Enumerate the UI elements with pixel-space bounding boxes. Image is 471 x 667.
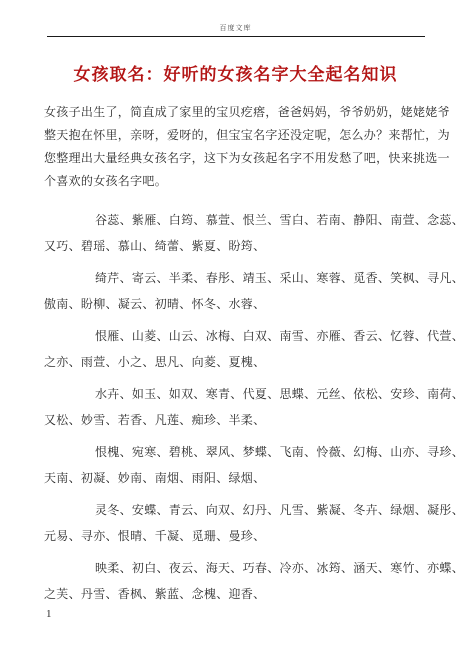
name-line: 之亦、雨萱、小之、思凡、向菱、夏槐、 [44, 349, 433, 375]
intro-paragraph: 女孩子出生了，简直成了家里的宝贝疙瘩，爸爸妈妈，爷爷奶奶，姥姥姥爷整天抱在怀里，… [44, 101, 433, 193]
page-header: 百度文库 [0, 0, 471, 37]
intro-line: 整天抱在怀里，亲呀，爱呀的，但宝宝名字还没定呢，怎么办？来帮忙，为 [44, 124, 433, 147]
name-group: 映柔、初白、夜云、海天、巧春、冷亦、冰筠、涵天、寒竹、亦蝶、之芙、丹雪、香枫、紫… [44, 555, 433, 607]
name-groups: 谷蕊、紫雁、白筠、慕萱、恨兰、雪白、若南、静阳、南萱、念蕊、又巧、碧瑶、慕山、绮… [44, 207, 433, 607]
name-group: 谷蕊、紫雁、白筠、慕萱、恨兰、雪白、若南、静阳、南萱、念蕊、又巧、碧瑶、慕山、绮… [44, 207, 433, 259]
name-line: 元易、寻亦、恨晴、千凝、觅珊、曼珍、 [44, 523, 433, 549]
intro-line: 女孩子出生了，简直成了家里的宝贝疙瘩，爸爸妈妈，爷爷奶奶，姥姥姥爷 [44, 101, 433, 124]
name-line: 傲南、盼柳、凝云、初晴、怀冬、水蓉、 [44, 291, 433, 317]
name-group: 水卉、如玉、如双、寒青、代夏、思蝶、元丝、依松、安珍、南荷、又松、妙雪、若香、凡… [44, 381, 433, 433]
name-line: 绮芹、寄云、半柔、春彤、靖玉、采山、寒蓉、觅香、笑枫、寻凡、 [44, 265, 433, 291]
name-line: 恨槐、宛寒、碧桃、翠风、梦蝶、飞南、怜薇、幻梅、山亦、寻珍、 [44, 439, 433, 465]
name-group: 绮芹、寄云、半柔、春彤、靖玉、采山、寒蓉、觅香、笑枫、寻凡、傲南、盼柳、凝云、初… [44, 265, 433, 317]
name-line: 恨雁、山菱、山云、冰梅、白双、南雪、亦雁、香云、忆蓉、代萱、 [44, 323, 433, 349]
name-line: 灵冬、安蝶、青云、向双、幻丹、凡雪、紫凝、冬卉、绿烟、凝彤、 [44, 497, 433, 523]
name-group: 恨雁、山菱、山云、冰梅、白双、南雪、亦雁、香云、忆蓉、代萱、之亦、雨萱、小之、思… [44, 323, 433, 375]
intro-line: 个喜欢的女孩名字吧。 [44, 170, 433, 193]
name-group: 恨槐、宛寒、碧桃、翠风、梦蝶、飞南、怜薇、幻梅、山亦、寻珍、天南、初凝、妙南、南… [44, 439, 433, 491]
page-number: 1 [46, 608, 52, 620]
document-body: 女孩子出生了，简直成了家里的宝贝疙瘩，爸爸妈妈，爷爷奶奶，姥姥姥爷整天抱在怀里，… [44, 101, 433, 607]
name-line: 水卉、如玉、如双、寒青、代夏、思蝶、元丝、依松、安珍、南荷、 [44, 381, 433, 407]
site-label: 百度文库 [0, 0, 471, 33]
name-line: 谷蕊、紫雁、白筠、慕萱、恨兰、雪白、若南、静阳、南萱、念蕊、 [44, 207, 433, 233]
name-line: 之芙、丹雪、香枫、紫蓝、念槐、迎香、 [44, 581, 433, 607]
name-line: 映柔、初白、夜云、海天、巧春、冷亦、冰筠、涵天、寒竹、亦蝶、 [44, 555, 433, 581]
name-line: 天南、初凝、妙南、南烟、雨阳、绿烟、 [44, 465, 433, 491]
document-page: 百度文库 女孩取名：好听的女孩名字大全起名知识 女孩子出生了，简直成了家里的宝贝… [0, 0, 471, 667]
name-line: 又松、妙雪、若香、凡莲、痴珍、半柔、 [44, 407, 433, 433]
name-line: 又巧、碧瑶、慕山、绮蕾、紫夏、盼筠、 [44, 233, 433, 259]
intro-line: 您整理出大量经典女孩名字，这下为女孩起名字不用发愁了吧，快来挑选一 [44, 147, 433, 170]
page-title: 女孩取名：好听的女孩名字大全起名知识 [20, 63, 451, 87]
header-divider [47, 36, 425, 37]
name-group: 灵冬、安蝶、青云、向双、幻丹、凡雪、紫凝、冬卉、绿烟、凝彤、元易、寻亦、恨晴、千… [44, 497, 433, 549]
